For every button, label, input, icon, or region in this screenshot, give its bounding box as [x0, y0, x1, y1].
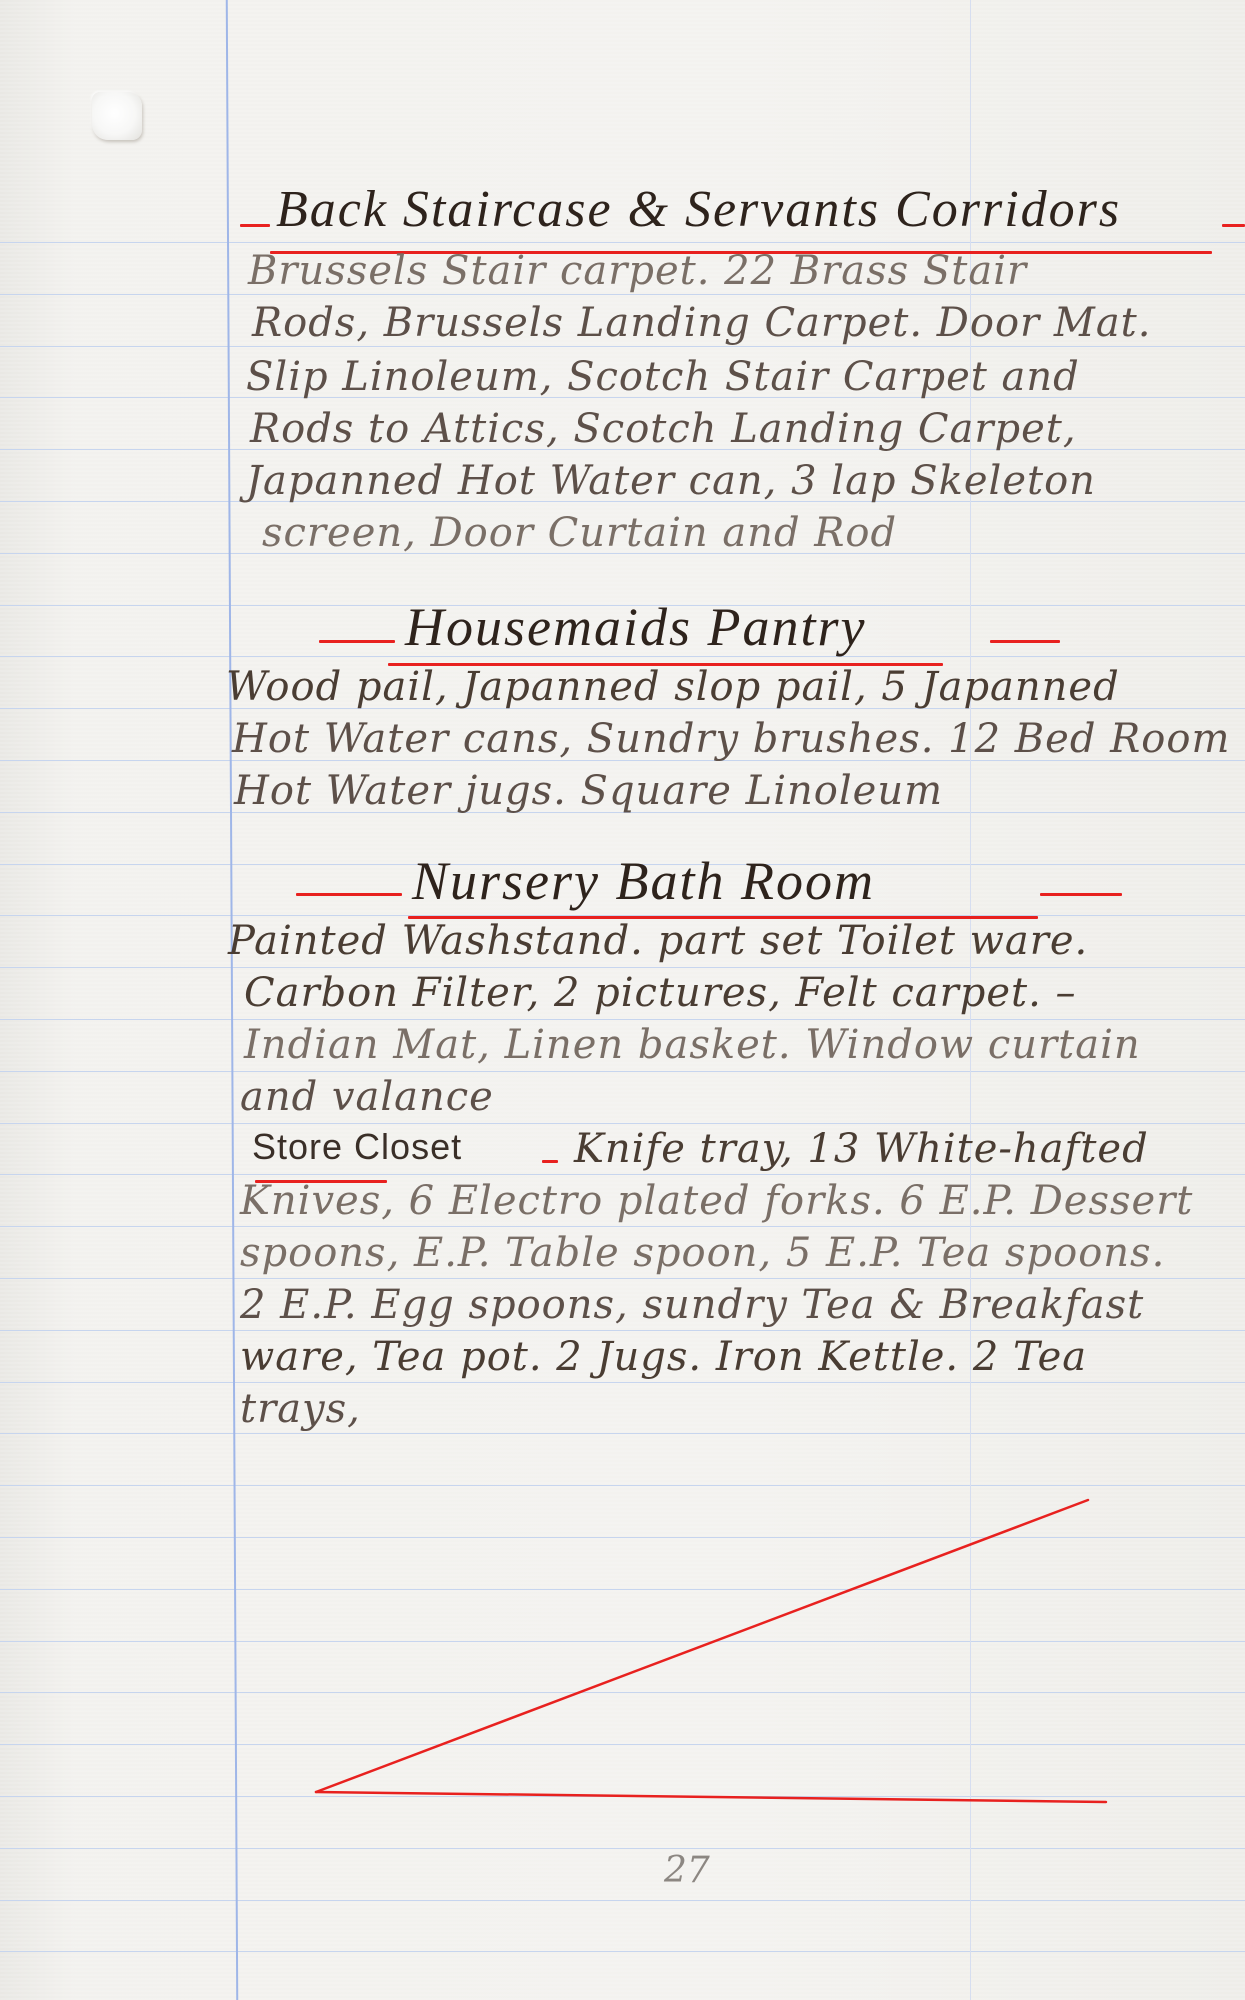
closing-red-lines: [0, 0, 1245, 2000]
page-number: 27: [664, 1850, 710, 1891]
